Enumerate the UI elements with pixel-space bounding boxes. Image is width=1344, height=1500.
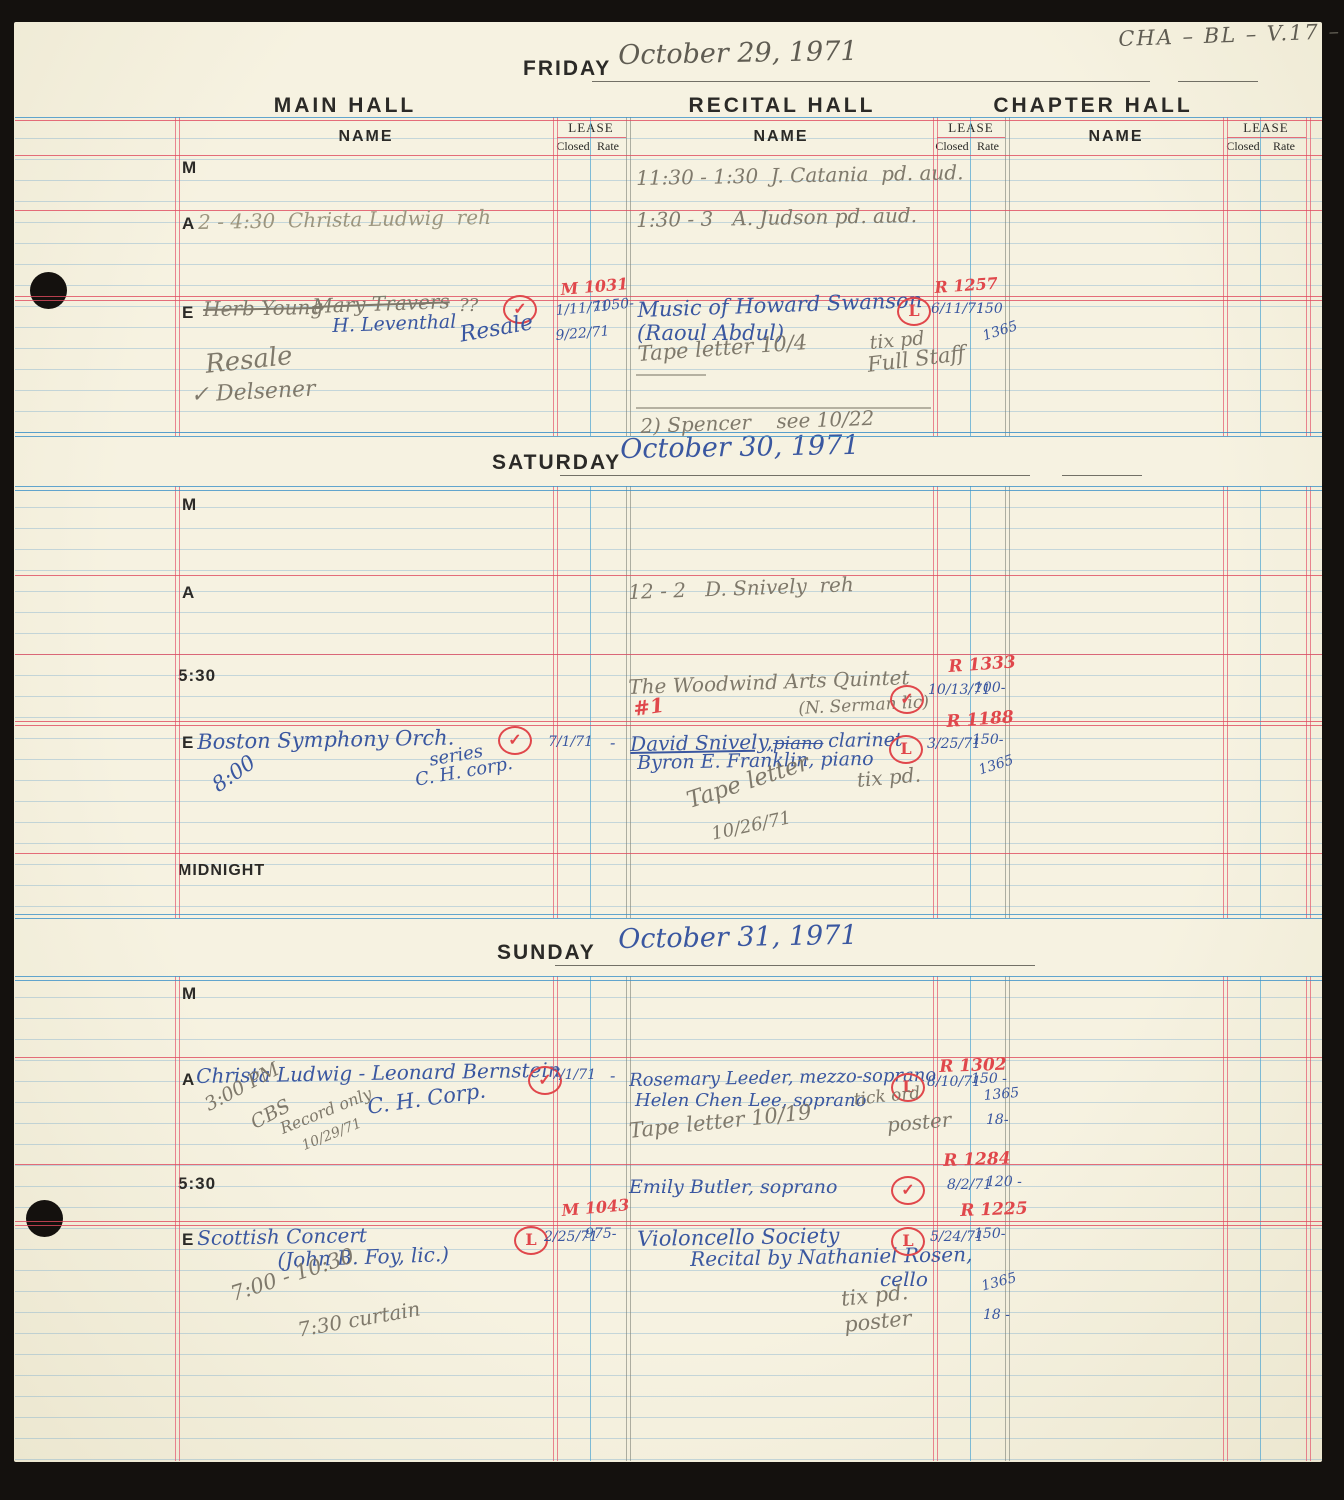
table-row-rule [15, 853, 1322, 854]
table-row-rule [15, 117, 1322, 118]
table-column-rule [630, 976, 631, 1461]
name-column-header: NAME [753, 128, 808, 146]
table-column-rule [1009, 117, 1010, 436]
table-column-rule [175, 976, 176, 1461]
note-sun-530-rate: 120 - [986, 1175, 1022, 1190]
row-label-m: M [182, 495, 197, 515]
note-sat-main-e-bso: Boston Symphony Orch. [197, 727, 455, 754]
row-label-a: A [182, 1070, 195, 1090]
lease-header: LEASE [1243, 120, 1288, 136]
note-fri-recital-rate: 150 [976, 302, 1003, 317]
closed-column-header: Closed [556, 139, 589, 154]
hall-header-recital: RECITAL HALL [689, 94, 876, 118]
table-column-rule [1310, 976, 1311, 1461]
table-row-rule [15, 976, 1322, 977]
table-row-rule [15, 654, 1322, 655]
table-row-rule [15, 980, 1322, 981]
name-column-header: NAME [1088, 128, 1143, 146]
note-sat-recital-rate: 150- [972, 733, 1003, 748]
mark-sun-recital-e-lease: L [891, 1227, 925, 1256]
mark-sat-recital-530-check: ✓ [890, 685, 924, 714]
note-sun-main-a-closed: 7/1/71 [551, 1068, 596, 1083]
table-column-rule [179, 976, 180, 1461]
table-column-rule [1223, 117, 1224, 436]
note-fri-recital-m: 11:30 - 1:30 J. Catania pd. aud. [636, 162, 964, 189]
table-column-rule [175, 117, 176, 436]
mark-sun-530-check: ✓ [891, 1176, 925, 1205]
punch-hole [30, 272, 67, 309]
row-label-a: A [182, 214, 195, 234]
table-row-rule [15, 575, 1322, 576]
note-sat-recital-tix: tix pd. [856, 764, 922, 791]
row-label-e: E [182, 1230, 194, 1250]
date-underline [592, 81, 1150, 82]
page-reference: CHA – BL – V.17 – 019 [1118, 18, 1344, 50]
date-sunday: October 31, 1971 [618, 922, 858, 955]
row-label-530: 5:30 [178, 1174, 216, 1194]
table-column-rule [1306, 976, 1307, 1461]
content-layer: CHA – BL – V.17 – 019 FRIDAY October 29,… [0, 0, 1344, 1500]
table-column-rule [1260, 117, 1261, 436]
note-sun-main-a-dash: - [610, 1068, 615, 1085]
note-sun-recital-a-rate: 150 - [971, 1072, 1007, 1087]
row-label-530: 5:30 [178, 666, 216, 686]
table-column-rule [1306, 117, 1307, 436]
lease-header: LEASE [568, 120, 613, 136]
note-sun-recital-e-rosen: Recital by Nathaniel Rosen, [690, 1244, 973, 1270]
date-underline [555, 965, 1035, 966]
table-row-rule [15, 721, 1322, 722]
note-sun-recital-a-poster: poster [886, 1109, 952, 1136]
date-underline [560, 475, 1030, 476]
note-sat-main-closed: 7/1/71 [548, 735, 593, 750]
rate-column-header: Rate [597, 139, 619, 154]
table-column-rule [553, 117, 554, 436]
scanned-ledger-page: CHA – BL – V.17 – 019 FRIDAY October 29,… [0, 0, 1344, 1500]
table-column-rule [557, 117, 558, 436]
table-row-rule [15, 914, 1322, 915]
day-label-friday: FRIDAY [523, 57, 611, 81]
name-column-header: NAME [338, 128, 393, 146]
table-column-rule [557, 976, 558, 1461]
note-fri-main-e-query: ?? [459, 297, 478, 316]
hall-header-main: MAIN HALL [274, 94, 416, 118]
note-sun-e-no: R 1225 [960, 1201, 1028, 1221]
lease-header: LEASE [948, 120, 993, 136]
table-row-rule [557, 137, 626, 138]
mark-sat-recital-e-lease: L [889, 735, 923, 764]
mark-sun-main-e-lease: L [514, 1226, 548, 1255]
row-label-e: E [182, 303, 194, 323]
table-column-rule [630, 117, 631, 436]
table-row-rule [15, 725, 1322, 726]
table-column-rule [937, 976, 938, 1461]
punch-hole [26, 1200, 63, 1237]
mark-fri-recital-e-lease: L [897, 297, 931, 326]
table-column-rule [1310, 117, 1311, 436]
ruled-lines-band [15, 977, 1322, 1461]
note-fri-recital-a: 1:30 - 3 A. Judson pd. aud. [636, 205, 917, 231]
table-row-rule [15, 486, 1322, 487]
table-row-rule [15, 1221, 1322, 1222]
note-sun-recital-e-18: 18 - [983, 1308, 1010, 1323]
note-sat-main-dash: - [610, 735, 615, 752]
date-underline [1178, 81, 1258, 82]
table-column-rule [1005, 117, 1006, 436]
table-column-rule [1227, 976, 1228, 1461]
rate-column-header: Rate [977, 139, 999, 154]
table-row-rule [937, 137, 1005, 138]
note-fri-main-e-leventhal: H. Leventhal [332, 313, 457, 337]
closed-column-header: Closed [1226, 139, 1259, 154]
note-sun-recital-a-1365: 1365 [983, 1086, 1020, 1104]
table-row-rule [15, 1057, 1322, 1058]
row-label-e: E [182, 733, 194, 753]
note-sat-530-rate: 100- [974, 681, 1005, 696]
table-row-rule [15, 490, 1322, 491]
note-sun-main-e-rate: 975- [585, 1227, 616, 1242]
row-label-m: M [182, 158, 197, 178]
mark-fri-strike-1 [636, 374, 706, 376]
row-label-a: A [182, 583, 195, 603]
hall-header-chapter: CHAPTER HALL [993, 94, 1192, 118]
closed-column-header: Closed [935, 139, 968, 154]
note-sun-recital-530: Emily Butler, soprano [629, 1178, 837, 1198]
note-sun-recital-e-rate: 150- [974, 1227, 1005, 1242]
date-underline [1062, 475, 1142, 476]
note-sun-530-no: R 1284 [943, 1151, 1011, 1171]
row-label-midnight: MIDNIGHT [178, 862, 265, 880]
rate-column-header: Rate [1273, 139, 1295, 154]
table-column-rule [1223, 976, 1224, 1461]
note-fri-main-e-young: Herb Young [203, 297, 323, 320]
table-row-rule [1227, 137, 1306, 138]
table-column-rule [590, 976, 591, 1461]
table-column-rule [179, 117, 180, 436]
table-column-rule [553, 976, 554, 1461]
date-friday: October 29, 1971 [618, 38, 858, 71]
note-fri-main-a: 2 - 4:30 Christa Ludwig reh [198, 207, 491, 233]
table-row-rule [15, 120, 1322, 121]
table-column-rule [1227, 117, 1228, 436]
table-row-rule [15, 918, 1322, 919]
table-column-rule [1260, 976, 1261, 1461]
day-label-sunday: SUNDAY [497, 941, 596, 965]
table-row-rule [15, 155, 1322, 156]
day-label-saturday: SATURDAY [492, 451, 621, 475]
table-column-rule [626, 976, 627, 1461]
table-row-rule [15, 1164, 1322, 1165]
mark-sat-main-e-check: ✓ [498, 726, 532, 755]
table-column-rule [933, 976, 934, 1461]
note-sat-recital-530-num: #1 [632, 695, 665, 720]
note-fri-main-rate: 1050- [593, 296, 634, 314]
note-sun-recital-a-18: 18- [986, 1113, 1009, 1128]
row-label-m: M [182, 984, 197, 1004]
